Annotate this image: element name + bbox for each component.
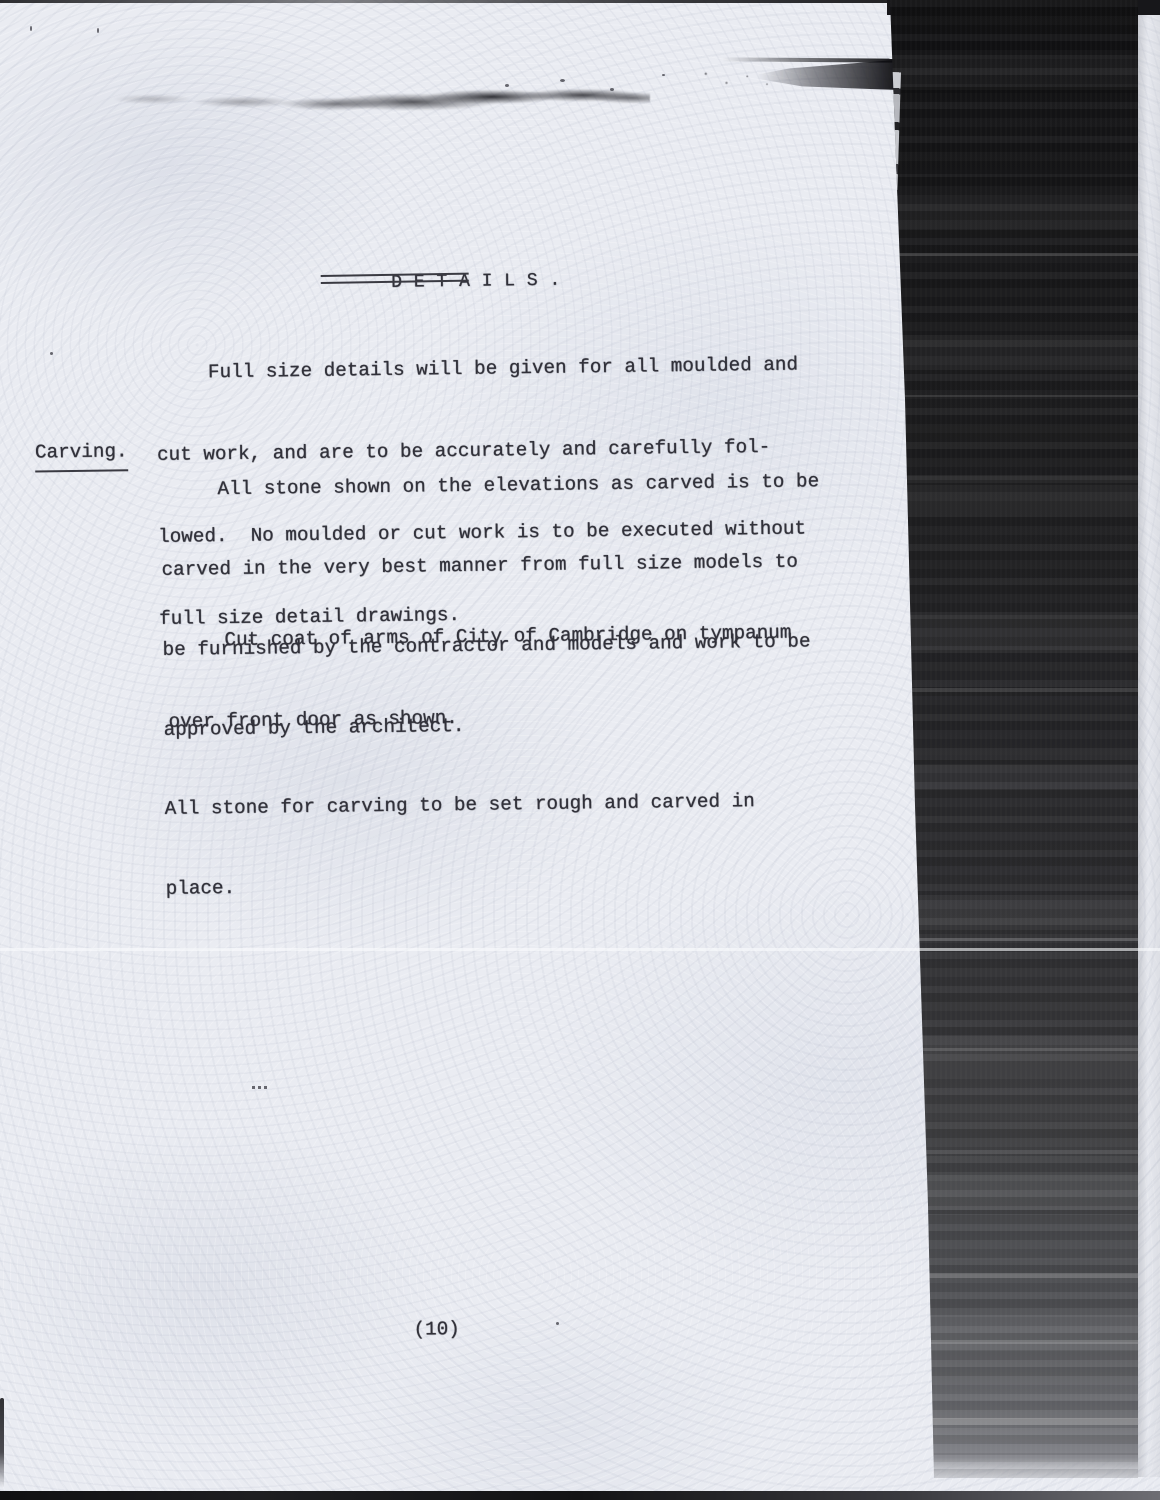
left-edge-mark [0,1398,4,1488]
typewritten-content: D E T A I L S . Full size details will b… [0,0,1160,1500]
paragraph-line: All stone shown on the elevations as car… [160,468,819,503]
paragraph-coat-of-arms: Cut coat of arms of City of Cambridge on… [167,566,794,790]
page-number: (10) [413,1316,460,1344]
paragraph-line: place. [166,867,825,902]
paragraph-line: over front door as shown. [168,701,792,736]
paragraph-line: Cut coat of arms of City of Cambridge on… [167,620,791,655]
scanned-document-page: D E T A I L S . Full size details will b… [0,0,1160,1500]
paragraph-line: Full size details will be given for all … [156,351,804,387]
margin-label-carving: Carving. [35,438,128,473]
paragraph-line: All stone for carving to be set rough an… [164,788,823,823]
